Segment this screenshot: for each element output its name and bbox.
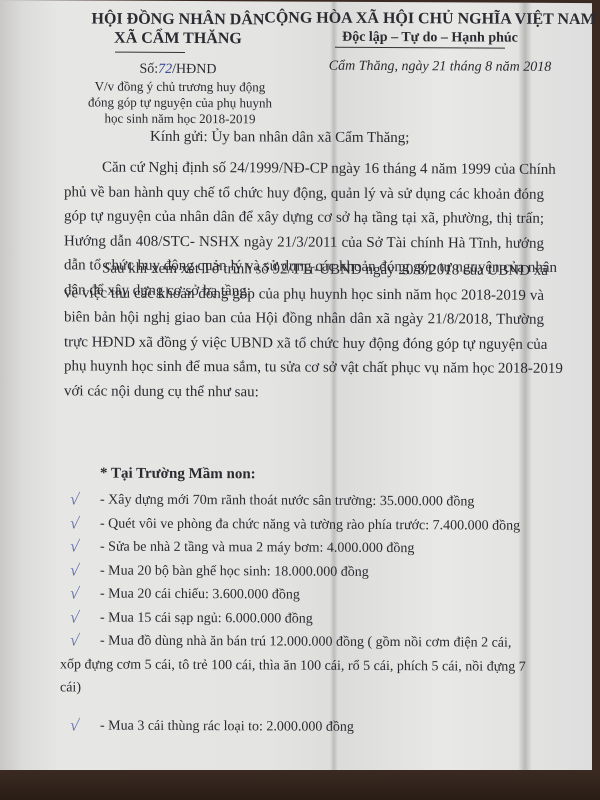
item-text: - Mua 20 cái chiếu: 3.600.000 đồng [100,583,300,608]
check-mark-icon: √ [70,512,90,536]
list-item: √ - Mua 20 bộ bàn ghế học sinh: 18.000.0… [70,559,550,585]
item-text: - Mua đồ dùng nhà ăn bán trú 12.000.000 … [70,629,550,655]
paragraph-line: góp tự nguyện của nhân dân để xây dựng c… [64,204,544,231]
recipient-line: Kính gửi: Ủy ban nhân dân xã Cẩm Thăng; [150,129,409,147]
check-mark-icon: √ [70,629,90,653]
item-text: - Sửa be nhà 2 tầng và mua 2 máy bơm: 4.… [100,536,414,561]
paragraph-line: biên bản hội nghị giao ban của Hội đồng … [64,305,544,332]
list-item: √ - Mua 3 cái thùng rác loại to: 2.000.0… [70,714,550,740]
check-mark-icon: √ [70,559,90,583]
list-item: √ - Mua đồ dùng nhà ăn bán trú 12.000.00… [70,629,550,702]
item-text-continued: cái) [60,676,550,702]
check-mark-icon: √ [70,488,90,512]
paragraph-line: Hướng dẫn 408/STC- NSHX ngày 21/3/2011 c… [64,229,544,256]
document-subject: V/v đồng ý chủ trương huy động đóng góp … [60,78,300,127]
divider [115,52,185,53]
divider [335,47,505,49]
paragraph-line: với các nội dung cụ thể như sau: [64,379,544,406]
list-item: √ - Mua 15 cái sạp ngủ: 6.000.000 đồng [70,606,550,632]
paragraph-line: Sau khi xem xét Tờ trình số 92/TTr-UBND … [64,256,544,283]
paragraph-line: Căn cứ Nghị định số 24/1999/NĐ-CP ngày 1… [64,155,544,182]
subject-line: học sinh năm học 2018-2019 [60,110,300,127]
item-text: - Mua 3 cái thùng rác loại to: 2.000.000… [100,714,354,739]
list-item: √ - Quét vôi ve phòng đa chức năng và tư… [70,512,550,538]
doc-number-prefix: Số: [139,62,158,77]
list-item: √ - Sửa be nhà 2 tầng và mua 2 máy bơm: … [70,535,550,561]
check-mark-icon: √ [70,714,90,738]
expense-list: √ - Xây dựng mới 70m rãnh thoát nước sân… [70,488,550,740]
place-date: Cẩm Thăng, ngày 21 tháng 8 năm 2018 [290,59,590,77]
paragraph-decision: Sau khi xem xét Tờ trình số 92/TTr-UBND … [64,256,544,406]
list-item: √ - Xây dựng mới 70m rãnh thoát nước sân… [70,488,550,514]
subject-line: đóng góp tự nguyện của phụ huynh [60,94,300,111]
table-surface [0,770,600,800]
document-number: Số:72/HĐND [78,61,278,78]
national-motto: Độc lập – Tự do – Hạnh phúc [260,29,600,47]
item-text: - Quét vôi ve phòng đa chức năng và tườn… [100,512,520,538]
check-mark-icon: √ [70,606,90,630]
organization-commune: XÃ CẨM THĂNG [78,29,278,48]
item-text-continued: xốp đựng cơm 5 cái, tô trẻ 100 cái, thìa… [60,653,550,679]
check-mark-icon: √ [70,535,90,559]
paragraph-line: trực HĐND xã đồng ý việc UBND xã tổ chức… [64,330,544,357]
section-heading: * Tại Trường Mầm non: [100,466,256,484]
list-item: √ - Mua 20 cái chiếu: 3.600.000 đồng [70,582,550,608]
item-text: - Mua 15 cái sạp ngủ: 6.000.000 đồng [100,606,313,631]
organization-name: HỘI ĐỒNG NHÂN DÂN [78,10,278,29]
check-mark-icon: √ [70,582,90,606]
paragraph-line: phủ về ban hành quy chế tổ chức huy động… [64,180,544,207]
doc-number-handwritten: 72 [158,62,172,77]
subject-line: V/v đồng ý chủ trương huy động [60,78,300,95]
national-title: CỘNG HÒA XÃ HỘI CHỦ NGHĨA VIỆT NAM [260,9,600,29]
paragraph-line: phụ huynh học sinh để mua sắm, tu sửa cơ… [64,354,544,381]
paragraph-line: về việc thu các khoản đóng góp của phụ h… [64,281,544,308]
doc-number-suffix: /HĐND [172,62,216,77]
item-text: - Xây dựng mới 70m rãnh thoát nước sân t… [100,489,474,514]
item-text: - Mua 20 bộ bàn ghế học sinh: 18.000.000… [100,559,369,584]
document-page: HỘI ĐỒNG NHÂN DÂN XÃ CẨM THĂNG Số:72/HĐN… [0,0,592,773]
